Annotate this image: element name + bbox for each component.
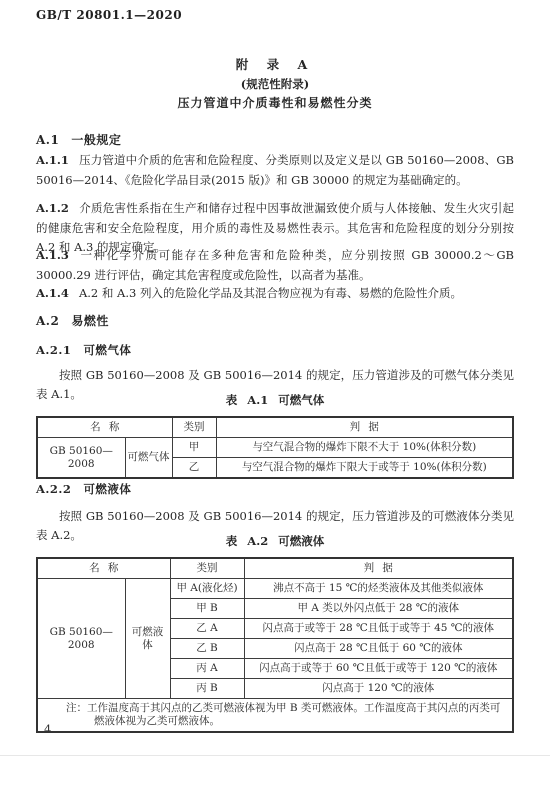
table-a1-col-category: 类别 [172, 417, 216, 438]
table-a1-group-cell: 可燃气体 [125, 438, 172, 479]
table-a2-category-1: 甲 B [170, 599, 244, 619]
table-a2-col-category: 类别 [170, 558, 244, 579]
section-a2-number: A.2 [36, 314, 59, 328]
appendix-title-block: 附 录 A (规范性附录) 压力管道中介质毒性和易燃性分类 [36, 56, 514, 112]
table-a2-note: 注：工作温度高于其闪点的乙类可燃液体视为甲 B 类可燃液体。工作温度高于其闪点的… [37, 699, 513, 733]
section-a21-title: 可燃气体 [83, 343, 131, 357]
clause-a1-4: A.1.4A.2 和 A.3 列入的危险化学品及其混合物应视为有毒、易燃的危险性… [36, 284, 514, 304]
table-a1-category-1: 乙 [172, 458, 216, 479]
clause-a1-3-number: A.1.3 [36, 248, 69, 262]
table-row: GB 50160—2008 可燃液体 甲 A(液化烃) 沸点不高于 15 ℃的烃… [37, 579, 513, 599]
appendix-heading: 附 录 A [36, 56, 514, 74]
table-a2-criteria-4: 闪点高于或等于 60 ℃且低于或等于 120 ℃的液体 [244, 659, 513, 679]
clause-a1-1: A.1.1压力管道中介质的危害和危险程度、分类原则以及定义是以 GB 50160… [36, 151, 514, 190]
section-a22-heading: A.2.2可燃液体 [36, 481, 514, 497]
table-a2-col-criteria: 判 据 [244, 558, 513, 579]
clause-a1-4-number: A.1.4 [36, 286, 69, 300]
clause-a1-3-text: 一种化学介质可能存在多种危害和危险种类，应分别按照 GB 30000.2～GB … [36, 248, 514, 282]
table-a1-col-criteria: 判 据 [216, 417, 513, 438]
table-a2-caption: 表 A.2 可燃液体 [36, 533, 514, 549]
page-number: 4 [44, 722, 84, 736]
table-row: GB 50160—2008 可燃气体 甲 与空气混合物的爆炸下限不大于 10%(… [37, 438, 513, 458]
table-a2-criteria-3: 闪点高于 28 ℃且低于 60 ℃的液体 [244, 639, 513, 659]
table-a2-category-5: 丙 B [170, 679, 244, 699]
table-a2-criteria-5: 闪点高于 120 ℃的液体 [244, 679, 513, 699]
document-page: GB/T 20801.1—2020 附 录 A (规范性附录) 压力管道中介质毒… [0, 0, 550, 802]
section-a1-heading: A.1一般规定 [36, 131, 514, 148]
table-a2-category-2: 乙 A [170, 619, 244, 639]
table-a2-criteria-1: 甲 A 类以外闪点低于 28 ℃的液体 [244, 599, 513, 619]
table-a2-criteria-2: 闪点高于或等于 28 ℃且低于或等于 45 ℃的液体 [244, 619, 513, 639]
table-a1-caption: 表 A.1 可燃气体 [36, 392, 514, 408]
clause-a1-3: A.1.3一种化学介质可能存在多种危害和危险种类，应分别按照 GB 30000.… [36, 246, 514, 285]
section-a22-title: 可燃液体 [83, 482, 131, 496]
clause-a1-1-number: A.1.1 [36, 153, 69, 167]
table-a1-criteria-1: 与空气混合物的爆炸下限大于或等于 10%(体积分数) [216, 458, 513, 479]
section-a21-heading: A.2.1可燃气体 [36, 342, 514, 358]
table-a2-source-cell: GB 50160—2008 [37, 579, 125, 699]
appendix-type: (规范性附录) [36, 75, 514, 93]
appendix-name: 压力管道中介质毒性和易燃性分类 [36, 94, 514, 112]
table-a2-note-row: 注：工作温度高于其闪点的乙类可燃液体视为甲 B 类可燃液体。工作温度高于其闪点的… [37, 699, 513, 733]
section-a2-heading: A.2易燃性 [36, 312, 514, 329]
clause-a1-1-text: 压力管道中介质的危害和危险程度、分类原则以及定义是以 GB 50160—2008… [36, 153, 514, 187]
table-a1-header-row: 名 称 类别 判 据 [37, 417, 513, 438]
doc-number: GB/T 20801.1—2020 [36, 8, 514, 22]
table-a1-category-0: 甲 [172, 438, 216, 458]
table-a2: 名 称 类别 判 据 GB 50160—2008 可燃液体 甲 A(液化烃) 沸… [36, 557, 514, 733]
section-a1-title: 一般规定 [71, 133, 121, 147]
table-a1: 名 称 类别 判 据 GB 50160—2008 可燃气体 甲 与空气混合物的爆… [36, 416, 514, 479]
table-a2-category-0: 甲 A(液化烃) [170, 579, 244, 599]
section-a22-number: A.2.2 [36, 482, 71, 496]
table-a2-category-4: 丙 A [170, 659, 244, 679]
section-a1-number: A.1 [36, 133, 59, 147]
scan-page-edge [0, 755, 550, 756]
table-a2-criteria-0: 沸点不高于 15 ℃的烃类液体及其他类似液体 [244, 579, 513, 599]
table-a2-header-row: 名 称 类别 判 据 [37, 558, 513, 579]
section-a21-number: A.2.1 [36, 343, 71, 357]
clause-a1-4-text: A.2 和 A.3 列入的危险化学品及其混合物应视为有毒、易燃的危险性介质。 [79, 286, 462, 300]
table-a2-col-name: 名 称 [37, 558, 170, 579]
table-a1-source-cell: GB 50160—2008 [37, 438, 125, 479]
table-a2-group-cell: 可燃液体 [125, 579, 170, 699]
table-a1-col-name: 名 称 [37, 417, 172, 438]
table-a2-category-3: 乙 B [170, 639, 244, 659]
table-a1-criteria-0: 与空气混合物的爆炸下限不大于 10%(体积分数) [216, 438, 513, 458]
clause-a1-2-number: A.1.2 [36, 201, 69, 215]
section-a2-title: 易燃性 [71, 314, 109, 328]
